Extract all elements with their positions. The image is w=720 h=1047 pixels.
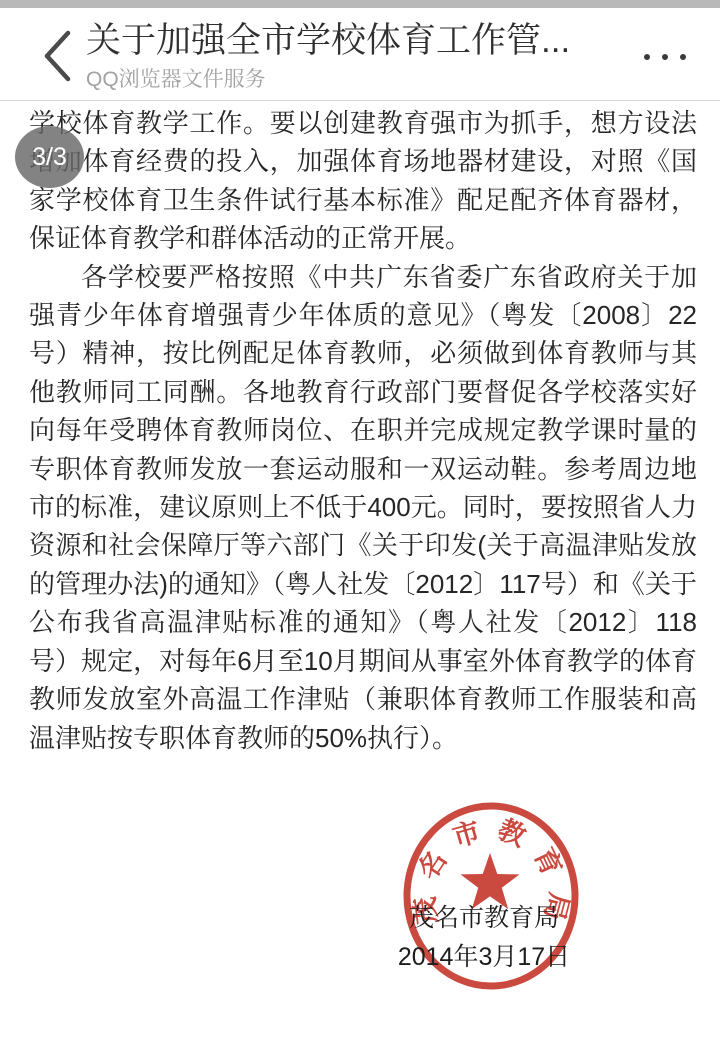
page-indicator-label: 3/3 (32, 143, 67, 172)
paragraph: 学校体育教学工作。要以创建教育强市为抓手，想方设法增加体育经费的投入，加强体育场… (29, 104, 697, 258)
signature-organization: 茂名市教育局 (370, 899, 598, 938)
ellipsis-icon (644, 54, 686, 60)
chevron-left-icon (42, 29, 72, 86)
document-body: 学校体育教学工作。要以创建教育强市为抓手，想方设法增加体育经费的投入，加强体育场… (0, 101, 720, 757)
page-title: 关于加强全市学校体育工作管... (86, 20, 596, 62)
header-titles: 关于加强全市学校体育工作管... QQ浏览器文件服务 (86, 20, 596, 92)
paragraph: 各学校要严格按照《中共广东省委广东省政府关于加强青少年体育增强青少年体质的意见》… (29, 258, 697, 757)
more-menu-button[interactable] (632, 42, 698, 72)
header-bar: 关于加强全市学校体育工作管... QQ浏览器文件服务 (0, 8, 720, 101)
signature-block: 茂名市教育局 2014年3月17日 (370, 899, 598, 976)
app-screen: 关于加强全市学校体育工作管... QQ浏览器文件服务 3/3 学校体育教学工作。… (0, 0, 720, 1047)
page-indicator-badge: 3/3 (15, 126, 84, 188)
page-subtitle: QQ浏览器文件服务 (86, 68, 596, 92)
signature-date: 2014年3月17日 (370, 938, 598, 977)
status-bar-strip (0, 0, 720, 8)
back-button[interactable] (30, 24, 84, 90)
